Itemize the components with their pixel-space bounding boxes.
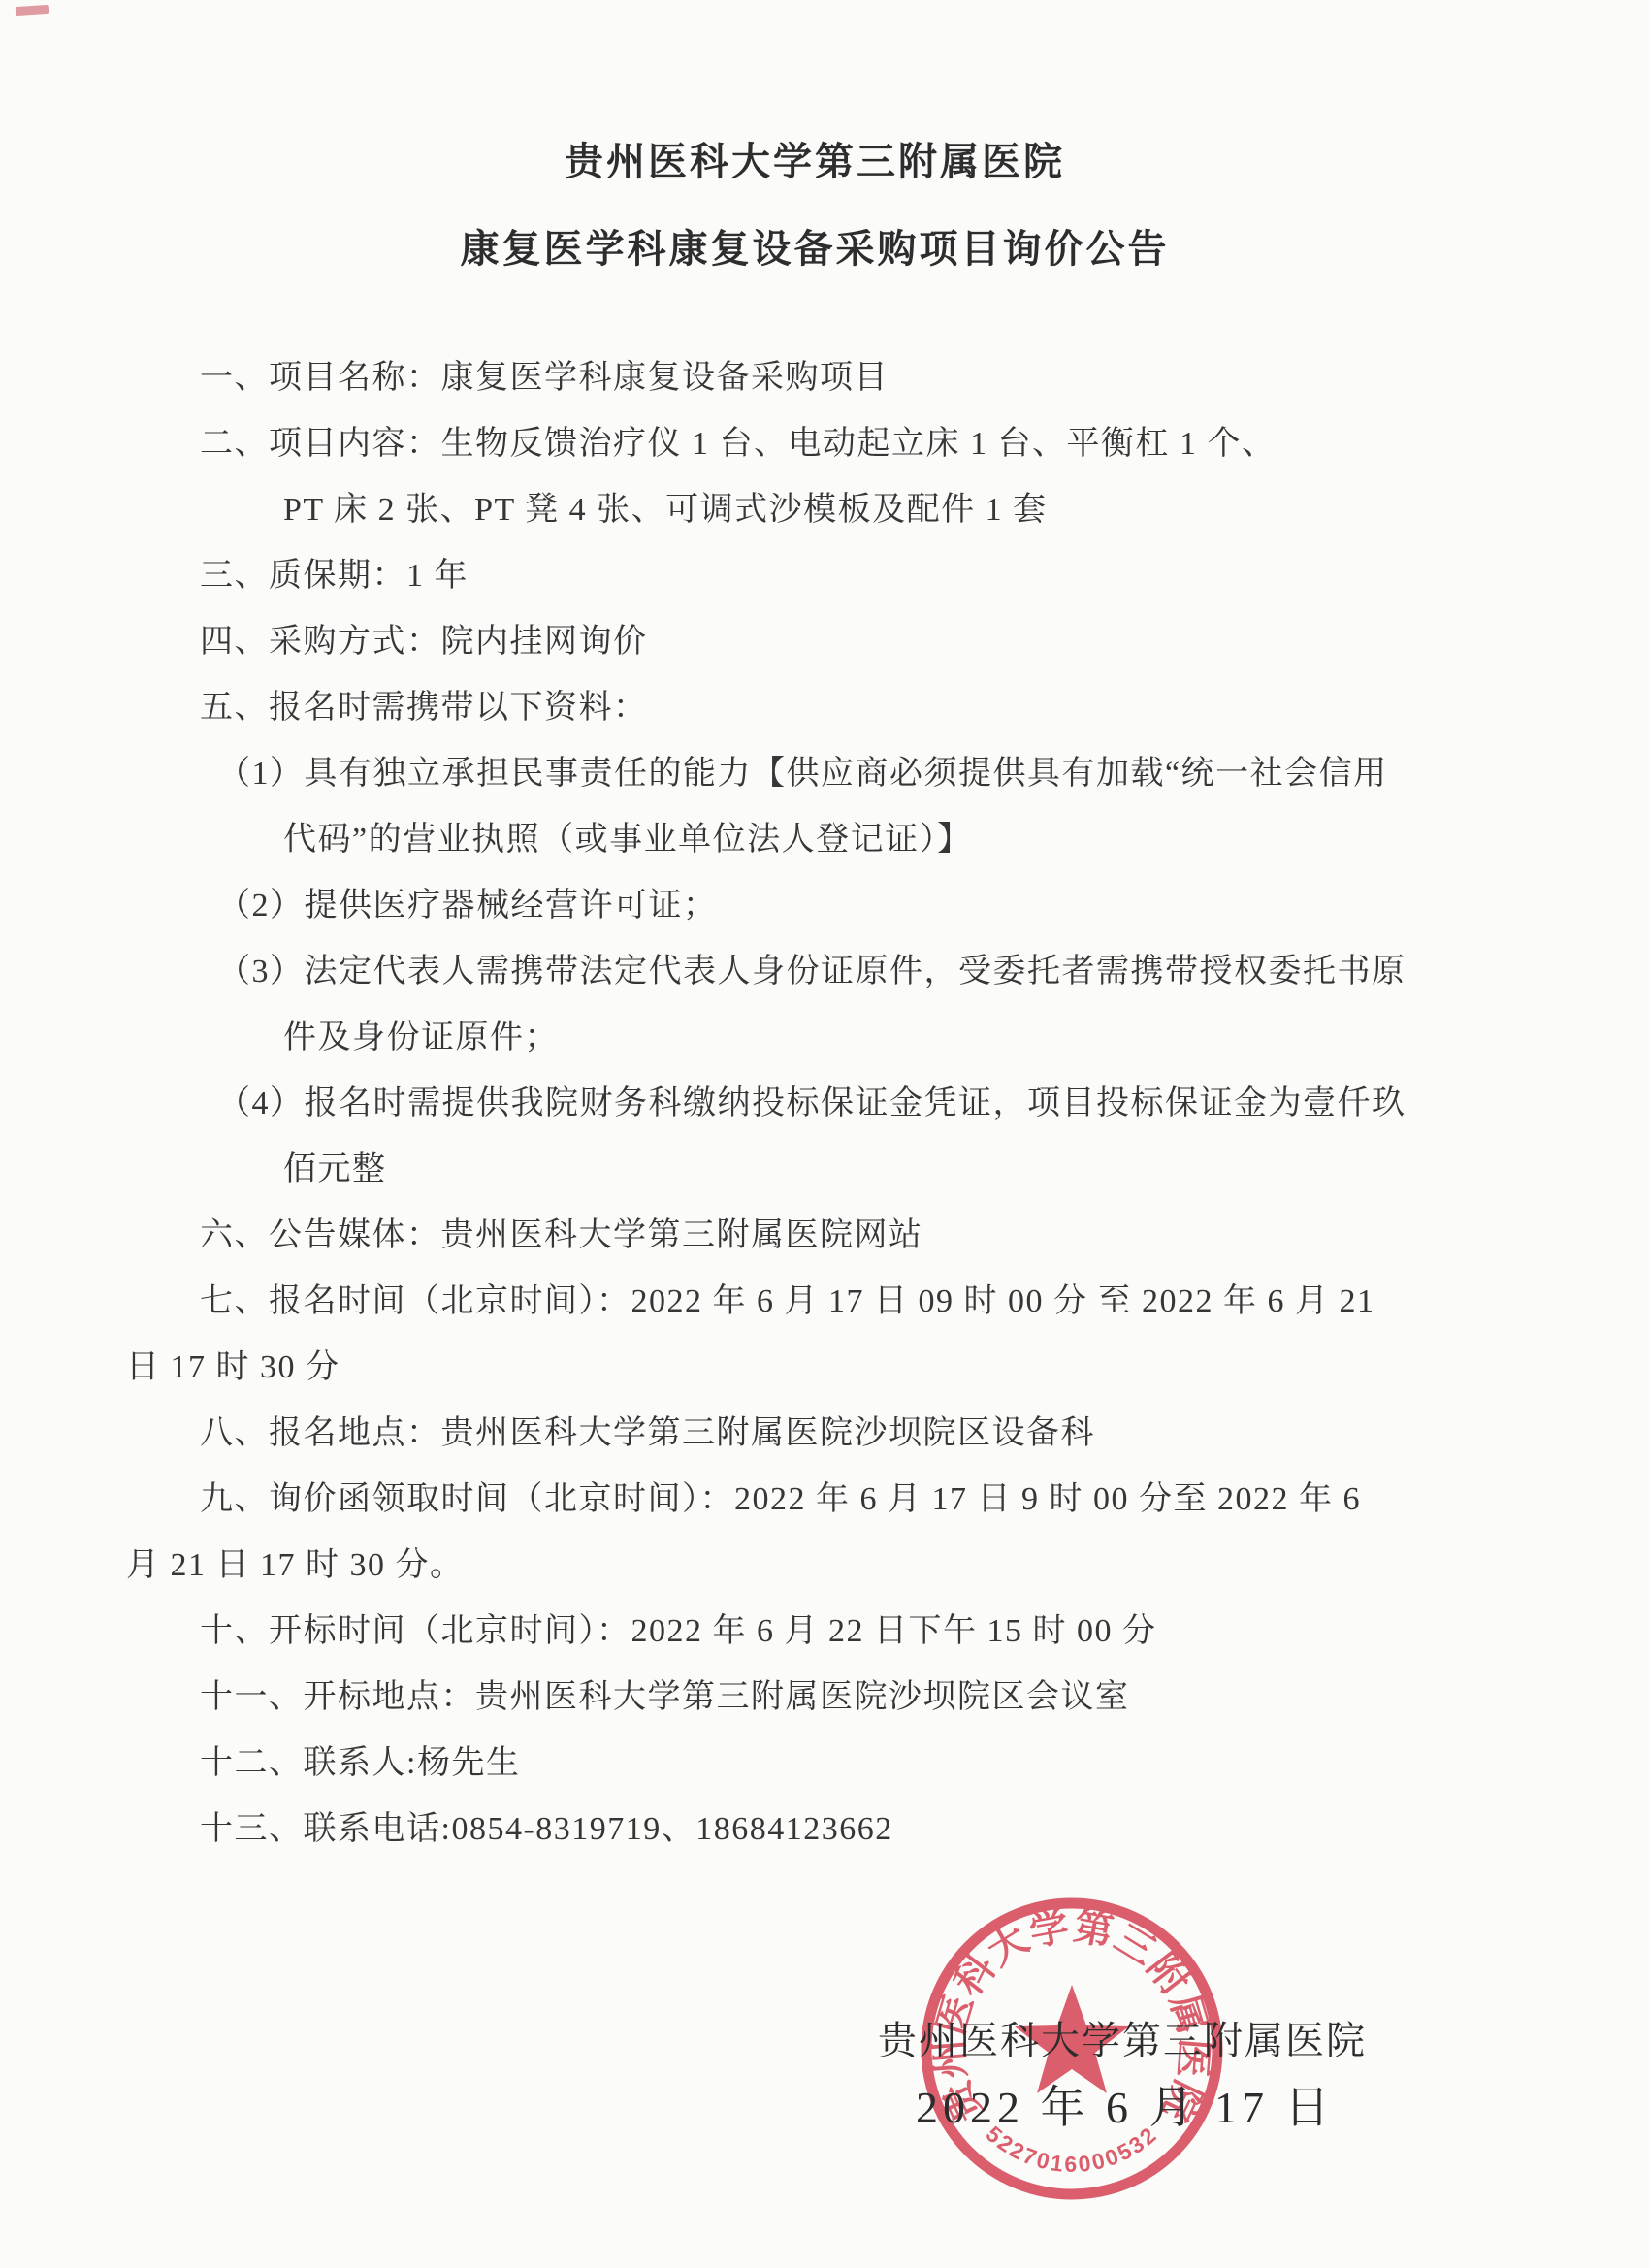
scan-artifact (16, 5, 49, 16)
document-line: 日 17 时 30 分 (126, 1349, 1503, 1385)
document-line: （2）提供医疗器械经营许可证； (217, 888, 1503, 923)
document-line: 佰元整 (283, 1151, 1503, 1187)
document-line: 三、质保期：1 年 (200, 558, 1503, 594)
document-line: 十三、联系电话:0854-8319719、18684123662 (200, 1811, 1503, 1847)
document-body: 一、项目名称：康复医学科康复设备采购项目 二、项目内容：生物反馈治疗仪 1 台、… (126, 360, 1503, 1847)
document-subtitle: 康复医学科康复设备采购项目询价公告 (126, 228, 1503, 271)
scanned-document-page: 贵州医科大学第三附属医院 康复医学科康复设备采购项目询价公告 一、项目名称：康复… (0, 0, 1649, 2268)
signature-org: 贵州医科大学第三附属医院 (878, 2010, 1367, 2065)
document-line: 件及身份证原件； (283, 1020, 1503, 1055)
document-line: 七、报名时间（北京时间）：2022 年 6 月 17 日 09 时 00 分 至… (200, 1283, 1503, 1319)
document-line: PT 床 2 张、PT 凳 4 张、可调式沙模板及配件 1 套 (283, 492, 1503, 528)
document-line: 十二、联系人:杨先生 (200, 1745, 1503, 1781)
document-line: 十、开标时间（北京时间）：2022 年 6 月 22 日下午 15 时 00 分 (200, 1613, 1503, 1649)
document-line: 九、询价函领取时间（北京时间）：2022 年 6 月 17 日 9 时 00 分… (200, 1481, 1503, 1517)
signature-date: 2022 年 6 月 17 日 (916, 2072, 1335, 2136)
document-line: 六、公告媒体：贵州医科大学第三附属医院网站 (200, 1217, 1503, 1253)
document-line: 八、报名地点：贵州医科大学第三附属医院沙坝院区设备科 (200, 1415, 1503, 1451)
document-line: 一、项目名称：康复医学科康复设备采购项目 (200, 360, 1503, 396)
document-line: 五、报名时需携带以下资料： (200, 690, 1503, 726)
document-line: 四、采购方式：院内挂网询价 (200, 624, 1503, 660)
document-line: 二、项目内容：生物反馈治疗仪 1 台、电动起立床 1 台、平衡杠 1 个、 (200, 426, 1503, 462)
document-line: （3）法定代表人需携带法定代表人身份证原件，受委托者需携带授权委托书原 (217, 954, 1503, 989)
document-line: （4）报名时需提供我院财务科缴纳投标保证金凭证，项目投标保证金为壹仟玖 (217, 1085, 1503, 1121)
document-line: 代码”的营业执照（或事业单位法人登记证）】 (283, 822, 1503, 858)
document-line: 十一、开标地点：贵州医科大学第三附属医院沙坝院区会议室 (200, 1679, 1503, 1715)
document-line: （1）具有独立承担民事责任的能力【供应商必须提供具有加载“统一社会信用 (217, 756, 1503, 792)
document-line: 月 21 日 17 时 30 分。 (126, 1547, 1503, 1583)
document-title: 贵州医科大学第三附属医院 (126, 141, 1503, 183)
